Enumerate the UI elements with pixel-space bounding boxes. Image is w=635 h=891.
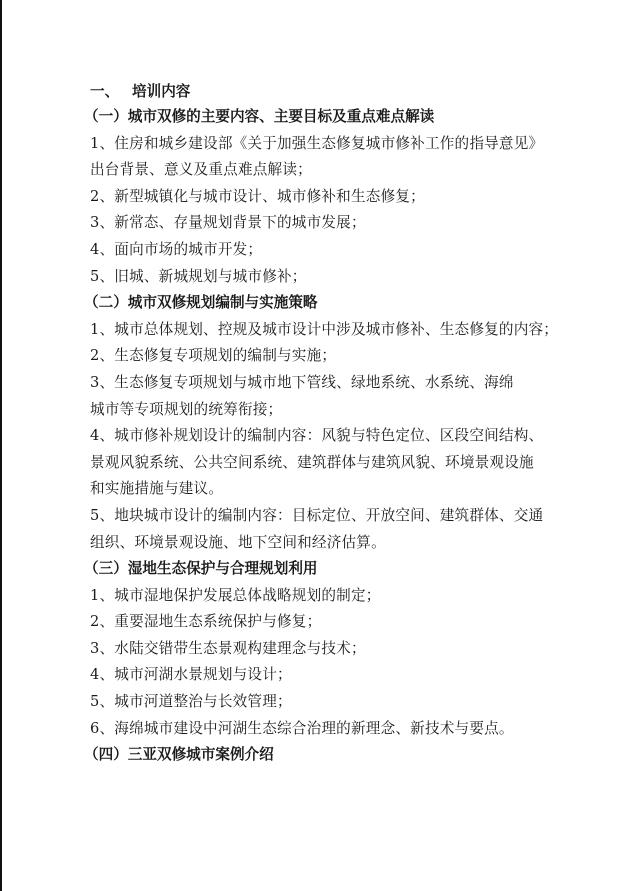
heading-number: 一、 (90, 80, 132, 104)
document-page: 一、培训内容 （一）城市双修的主要内容、主要目标及重点难点解读 1、住房和城乡建… (90, 80, 560, 769)
paragraph-line: 1、住房和城乡建设部《关于加强生态修复城市修补工作的指导意见》 (90, 131, 560, 158)
paragraph-line: 2、生态修复专项规划的编制与实施； (90, 343, 560, 370)
paragraph-line: 6、海绵城市建设中河湖生态综合治理的新理念、新技术与要点。 (90, 716, 560, 743)
paragraph-line: 4、城市修补规划设计的编制内容：风貌与特色定位、区段空间结构、 (90, 423, 560, 450)
paragraph-line: 2、重要湿地生态系统保护与修复； (90, 609, 560, 636)
page-left-border (0, 0, 2, 891)
main-heading: 一、培训内容 (90, 80, 560, 104)
paragraph-line: 4、城市河湖水景规划与设计； (90, 662, 560, 689)
section-title-4: （四）三亚双修城市案例介绍 (84, 742, 560, 769)
heading-title: 培训内容 (132, 83, 190, 100)
paragraph-line: 5、地块城市设计的编制内容：目标定位、开放空间、建筑群体、交通 (90, 503, 560, 530)
paragraph-line: 1、城市总体规划、控规及城市设计中涉及城市修补、生态修复的内容； (90, 317, 560, 344)
paragraph-line: 5、城市河道整治与长效管理； (90, 689, 560, 716)
paragraph-line: 组织、环境景观设施、地下空间和经济估算。 (90, 530, 560, 557)
paragraph-line: 和实施措施与建议。 (90, 476, 560, 503)
paragraph-line: 城市等专项规划的统筹衔接； (90, 397, 560, 424)
paragraph-line: 1、城市湿地保护发展总体战略规划的制定； (90, 583, 560, 610)
section-title-3: （三）湿地生态保护与合理规划利用 (84, 556, 560, 583)
paragraph-line: 4、面向市场的城市开发； (90, 237, 560, 264)
paragraph-line: 3、生态修复专项规划与城市地下管线、绿地系统、水系统、海绵 (90, 370, 560, 397)
section-title-1: （一）城市双修的主要内容、主要目标及重点难点解读 (84, 104, 560, 131)
paragraph-line: 3、水陆交错带生态景观构建理念与技术； (90, 636, 560, 663)
paragraph-line: 5、旧城、新城规划与城市修补； (90, 264, 560, 291)
paragraph-line: 出台背景、意义及重点难点解读； (90, 157, 560, 184)
paragraph-line: 景观风貌系统、公共空间系统、建筑群体与建筑风貌、环境景观设施 (90, 450, 560, 477)
paragraph-line: 3、新常态、存量规划背景下的城市发展； (90, 210, 560, 237)
paragraph-line: 2、新型城镇化与城市设计、城市修补和生态修复； (90, 184, 560, 211)
section-title-2: （二）城市双修规划编制与实施策略 (84, 290, 560, 317)
